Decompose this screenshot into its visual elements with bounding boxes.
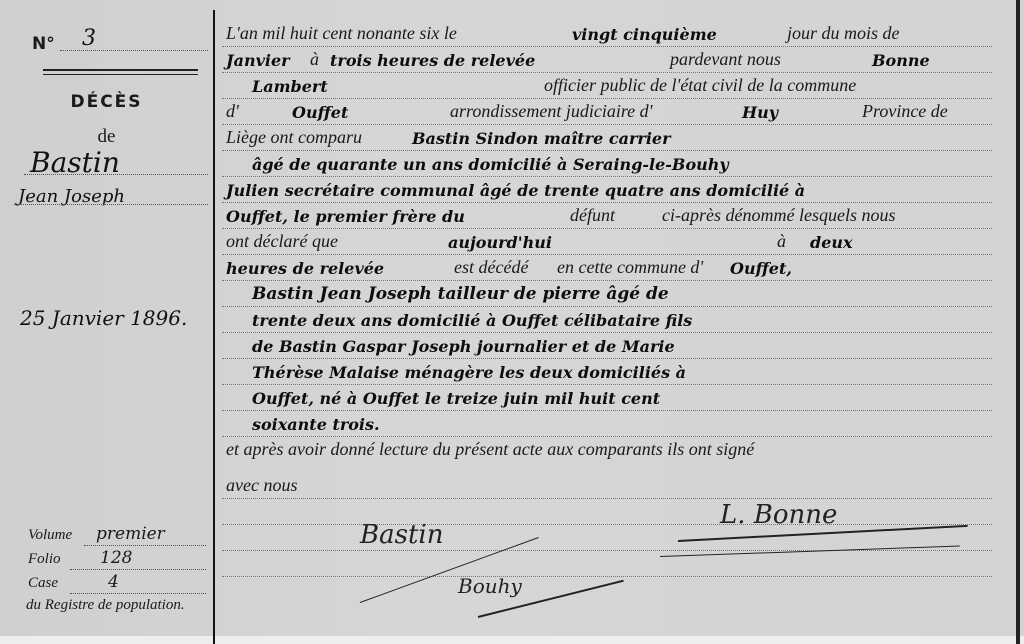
act-number-value: 3 xyxy=(82,26,96,51)
record-type-title: DÉCÈS xyxy=(0,92,213,112)
case-label: Case xyxy=(28,575,58,592)
case-value: 4 xyxy=(108,572,119,592)
column-divider xyxy=(213,10,215,644)
act-number-label: N° xyxy=(32,34,55,54)
volume-value: premier xyxy=(96,524,165,544)
volume-dotted-line xyxy=(84,545,206,546)
civil-register-page: N° 3 DÉCÈS de Bastin Jean Joseph 25 Janv… xyxy=(0,0,1024,644)
act-line-6: âgé de quarante un ans domicilié à Serai… xyxy=(222,150,992,177)
signature-witness-2: Bouhy xyxy=(458,574,522,598)
header-double-rule xyxy=(43,69,198,75)
act-line-10: heures de relevée est décédé en cette co… xyxy=(222,254,992,281)
signature-witness-1: Bastin xyxy=(360,520,443,550)
left-margin-column: N° 3 DÉCÈS de Bastin Jean Joseph 25 Janv… xyxy=(0,0,213,644)
surname-dotted-line xyxy=(24,174,208,175)
act-line-16: soixante trois. xyxy=(222,410,992,437)
folio-label: Folio xyxy=(28,551,61,568)
act-line-4: d' Ouffet arrondissement judiciaire d' H… xyxy=(222,98,992,125)
volume-label: Volume xyxy=(28,527,72,544)
act-line-8: Ouffet, le premier frère du défunt ci-ap… xyxy=(222,202,992,229)
act-line-13: de Bastin Gaspar Joseph journalier et de… xyxy=(222,332,992,359)
signature-line-3 xyxy=(222,550,992,577)
act-line-1: L'an mil huit cent nonante six le vingt … xyxy=(222,20,992,47)
act-line-7: Julien secrétaire communal âgé de trente… xyxy=(222,176,992,203)
first-names-dotted-line xyxy=(14,204,208,205)
act-line-14: Thérèse Malaise ménagère les deux domici… xyxy=(222,358,992,385)
act-line-12: trente deux ans domicilié à Ouffet célib… xyxy=(222,306,992,333)
folio-value: 128 xyxy=(100,548,132,568)
case-dotted-line xyxy=(70,593,206,594)
act-line-9: ont déclaré que aujourd'hui à deux xyxy=(222,228,992,255)
act-line-18: avec nous xyxy=(222,472,992,499)
act-number-dotted-line xyxy=(60,50,208,51)
signature-line-2 xyxy=(222,524,992,551)
act-line-5: Liège ont comparu Bastin Sindon maître c… xyxy=(222,124,992,151)
signature-officer: L. Bonne xyxy=(720,500,837,530)
record-type-de: de xyxy=(0,126,213,148)
page-right-border xyxy=(1016,0,1020,644)
act-line-15: Ouffet, né à Ouffet le treize juin mil h… xyxy=(222,384,992,411)
act-line-11: Bastin Jean Joseph tailleur de pierre âg… xyxy=(222,280,992,307)
act-line-17: et après avoir donné lecture du présent … xyxy=(222,436,992,462)
act-line-3: Lambert officier public de l'état civil … xyxy=(222,72,992,99)
folio-dotted-line xyxy=(70,569,206,570)
act-line-2: Janvier à trois heures de relevée pardev… xyxy=(222,46,992,73)
signature-line-1 xyxy=(222,498,992,525)
register-footer: du Registre de population. xyxy=(26,597,185,614)
margin-death-date: 25 Janvier 1896. xyxy=(20,306,187,330)
